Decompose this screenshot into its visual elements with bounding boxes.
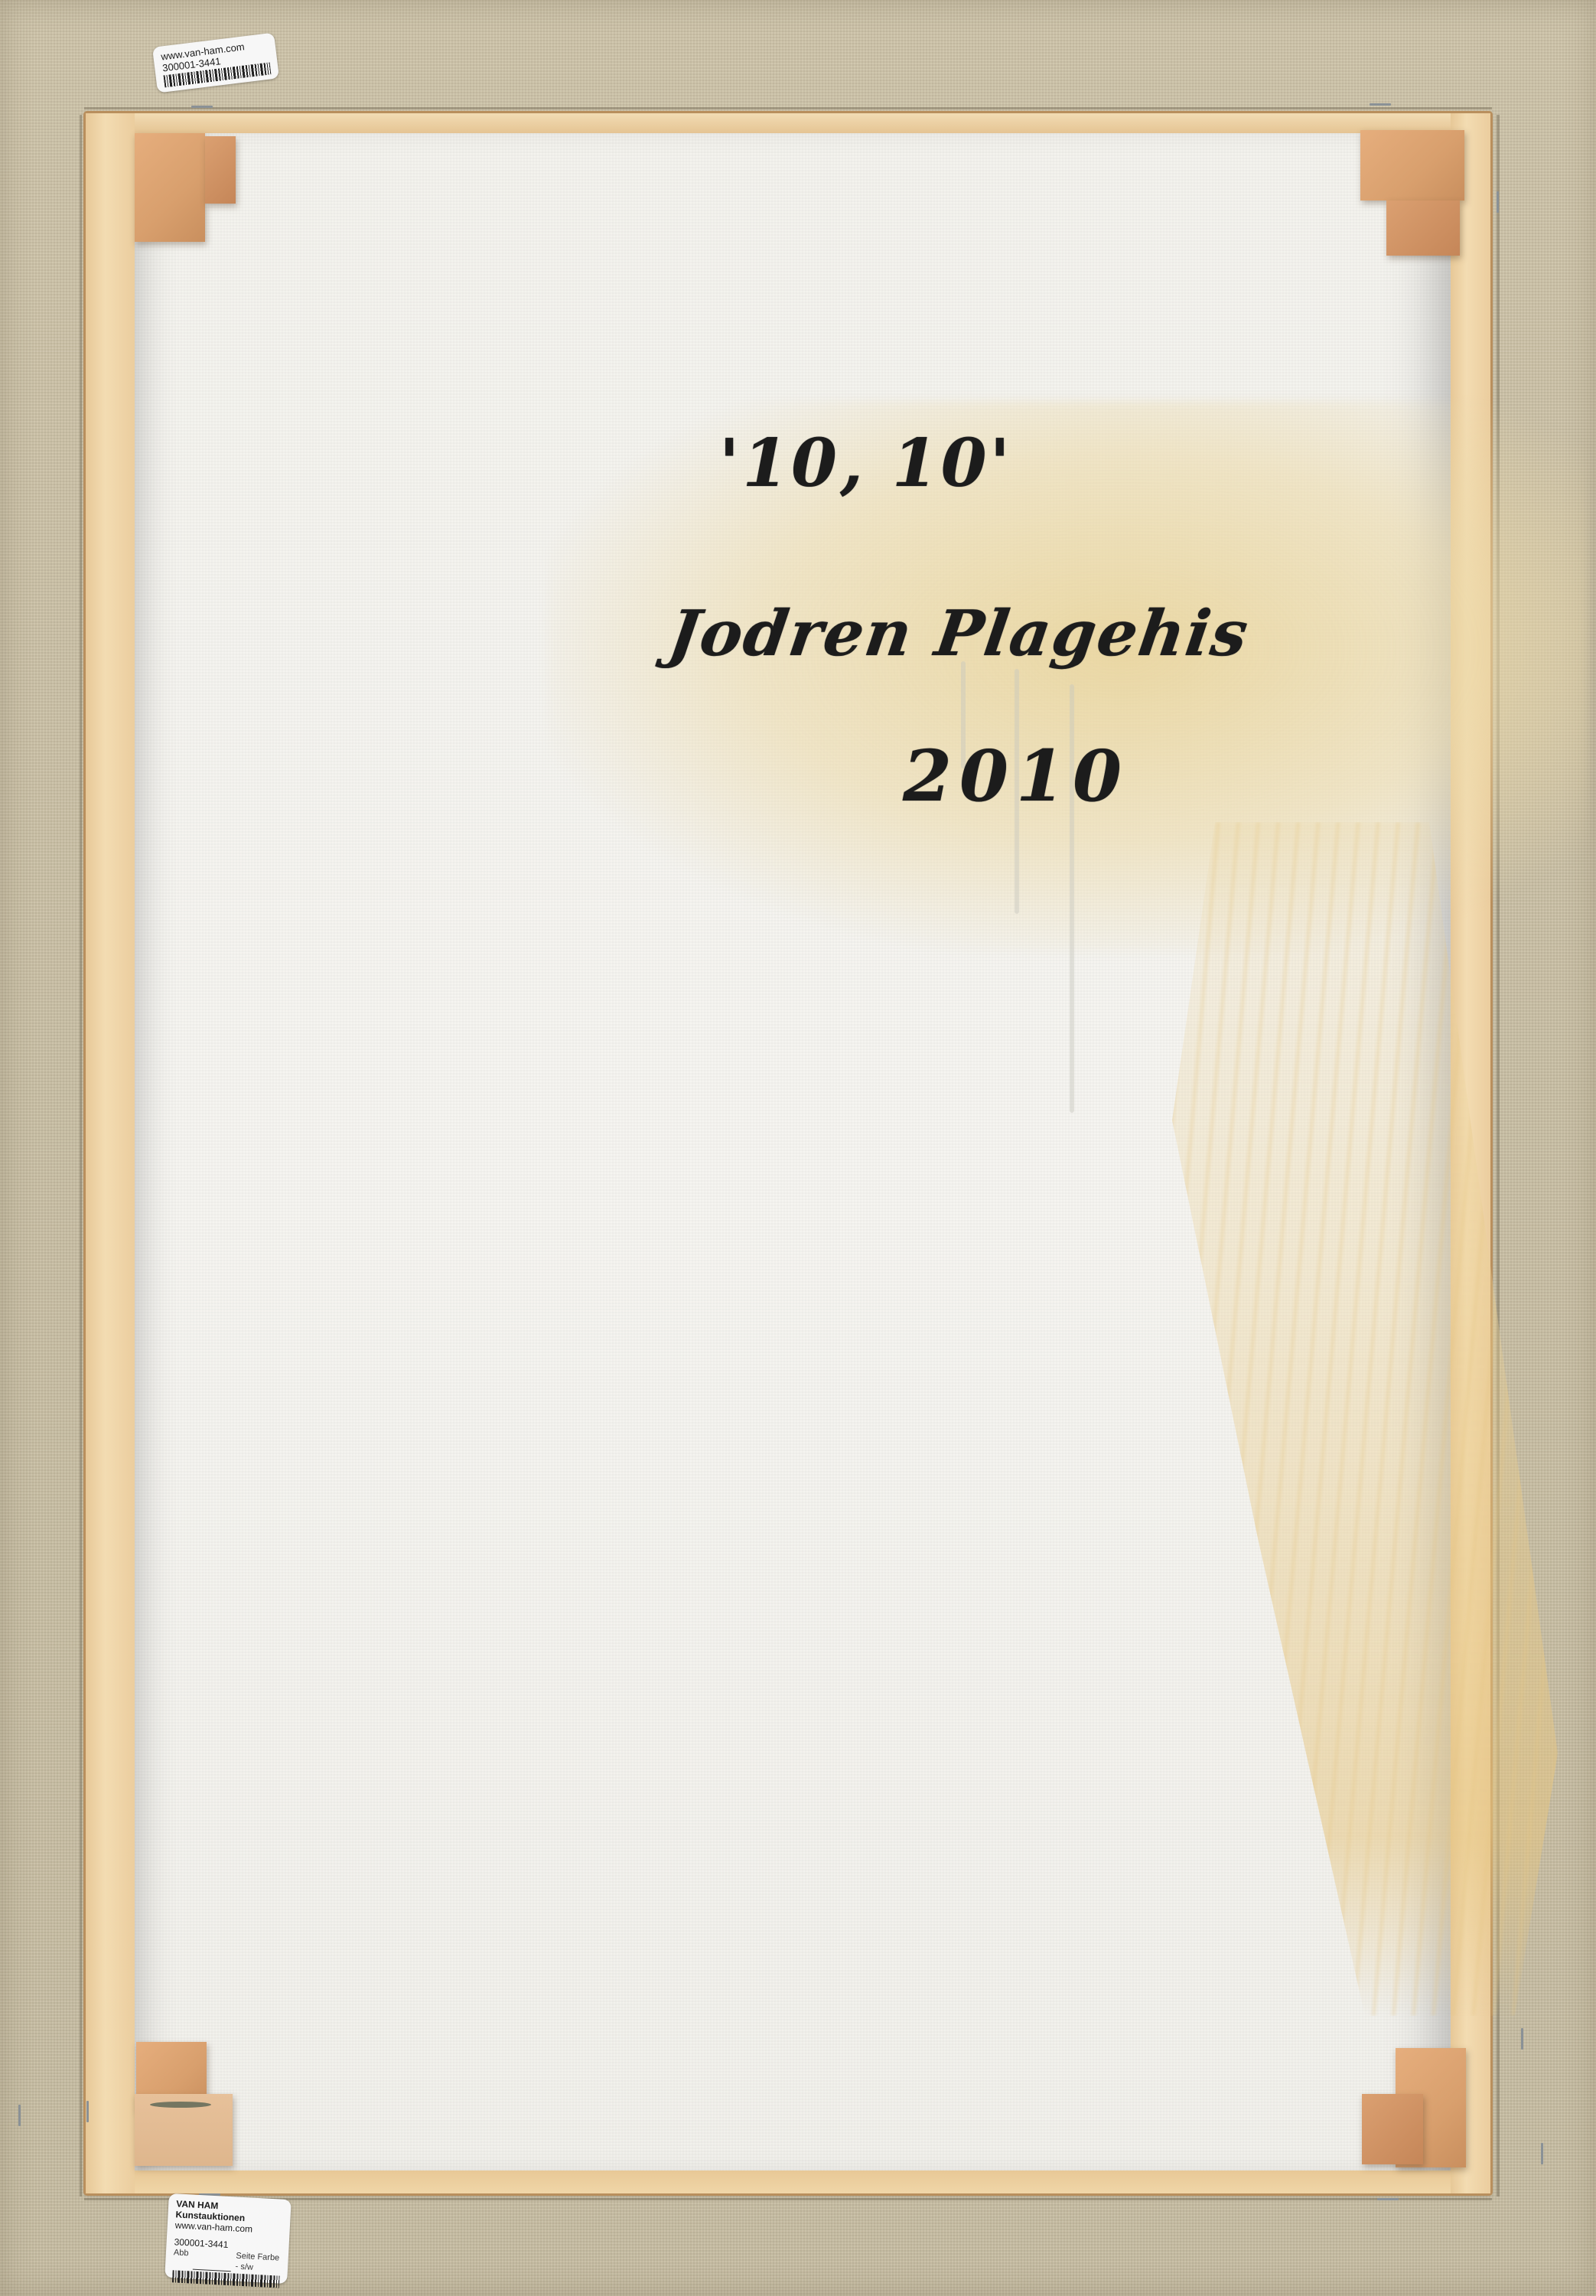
- label-abb-row: Abb Seite Farbe - s/w: [173, 2247, 281, 2274]
- stretcher-bar-top: [86, 113, 1490, 133]
- stretcher-bar-left: [86, 113, 135, 2193]
- fold-crease-top: [84, 107, 1492, 109]
- mold-spot: [150, 2102, 211, 2108]
- staple: [1370, 103, 1391, 106]
- corner-key-top-left-b: [205, 136, 236, 204]
- corner-key-top-left-a: [135, 133, 205, 242]
- staple: [1497, 191, 1499, 213]
- label-abb: Abb: [173, 2247, 189, 2269]
- corner-key-top-right-a: [1360, 130, 1464, 201]
- staple: [191, 106, 213, 108]
- staple: [1521, 2028, 1523, 2050]
- inscription-title: '10, 10': [719, 425, 1013, 502]
- staple: [18, 2105, 21, 2126]
- corner-key-bottom-right-b: [1362, 2094, 1423, 2164]
- staple: [1541, 2143, 1543, 2164]
- corner-key-bottom-left-b: [135, 2094, 233, 2166]
- auction-label-bottom: VAN HAM Kunstauktionen www.van-ham.com 3…: [164, 2193, 292, 2284]
- inscription-year: 2010: [903, 735, 1129, 817]
- stretcher-bar-bottom: [86, 2170, 1490, 2193]
- staple: [1377, 2198, 1399, 2200]
- fold-crease-bottom: [84, 2198, 1492, 2200]
- label-page: Seite Farbe - s/w: [235, 2251, 281, 2275]
- inscription-signature: Jodren Plagehis: [664, 597, 1253, 670]
- staple: [86, 2101, 89, 2122]
- fold-crease-left: [80, 115, 82, 2197]
- corner-key-top-right-b: [1386, 201, 1460, 256]
- label-blank-line: [192, 2249, 231, 2272]
